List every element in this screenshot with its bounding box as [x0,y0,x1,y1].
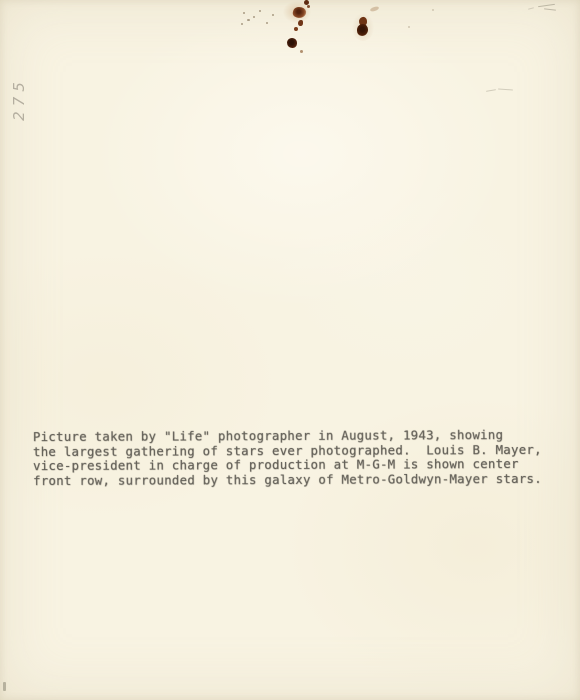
speck [272,14,274,16]
edge-mark [3,682,6,691]
pencil-dash [498,88,513,90]
speck [241,23,243,25]
speck [247,19,250,21]
speck [266,22,268,24]
speck [432,9,434,11]
photo-verso-paper: 275 Picture taken by "Life" photographer… [0,0,580,700]
stain-speck [300,50,303,53]
speck [243,12,245,14]
caption-line-4: front row, surrounded by this galaxy of … [33,472,542,489]
speck [259,10,261,12]
handwritten-number: 275 [10,67,30,131]
pencil-scribble [544,8,556,10]
dark-stain-blob [357,24,368,36]
dark-stain-blob [287,38,297,48]
rust-stain-blob [292,6,307,20]
speck [408,26,410,28]
stain-dot [294,27,298,31]
stain-halo [352,13,374,41]
stain-smudge [370,6,380,13]
pencil-scribble [538,4,555,7]
speck [253,16,255,18]
dark-stain-blob [358,16,367,26]
stain-dot [304,0,309,5]
pencil-dash [486,89,496,92]
stain-dot [298,20,303,26]
pencil-scribble [528,7,534,10]
typewritten-caption: Picture taken by "Life" photographer in … [33,428,542,489]
stain-dot [307,5,310,8]
stain-halo [283,1,311,23]
